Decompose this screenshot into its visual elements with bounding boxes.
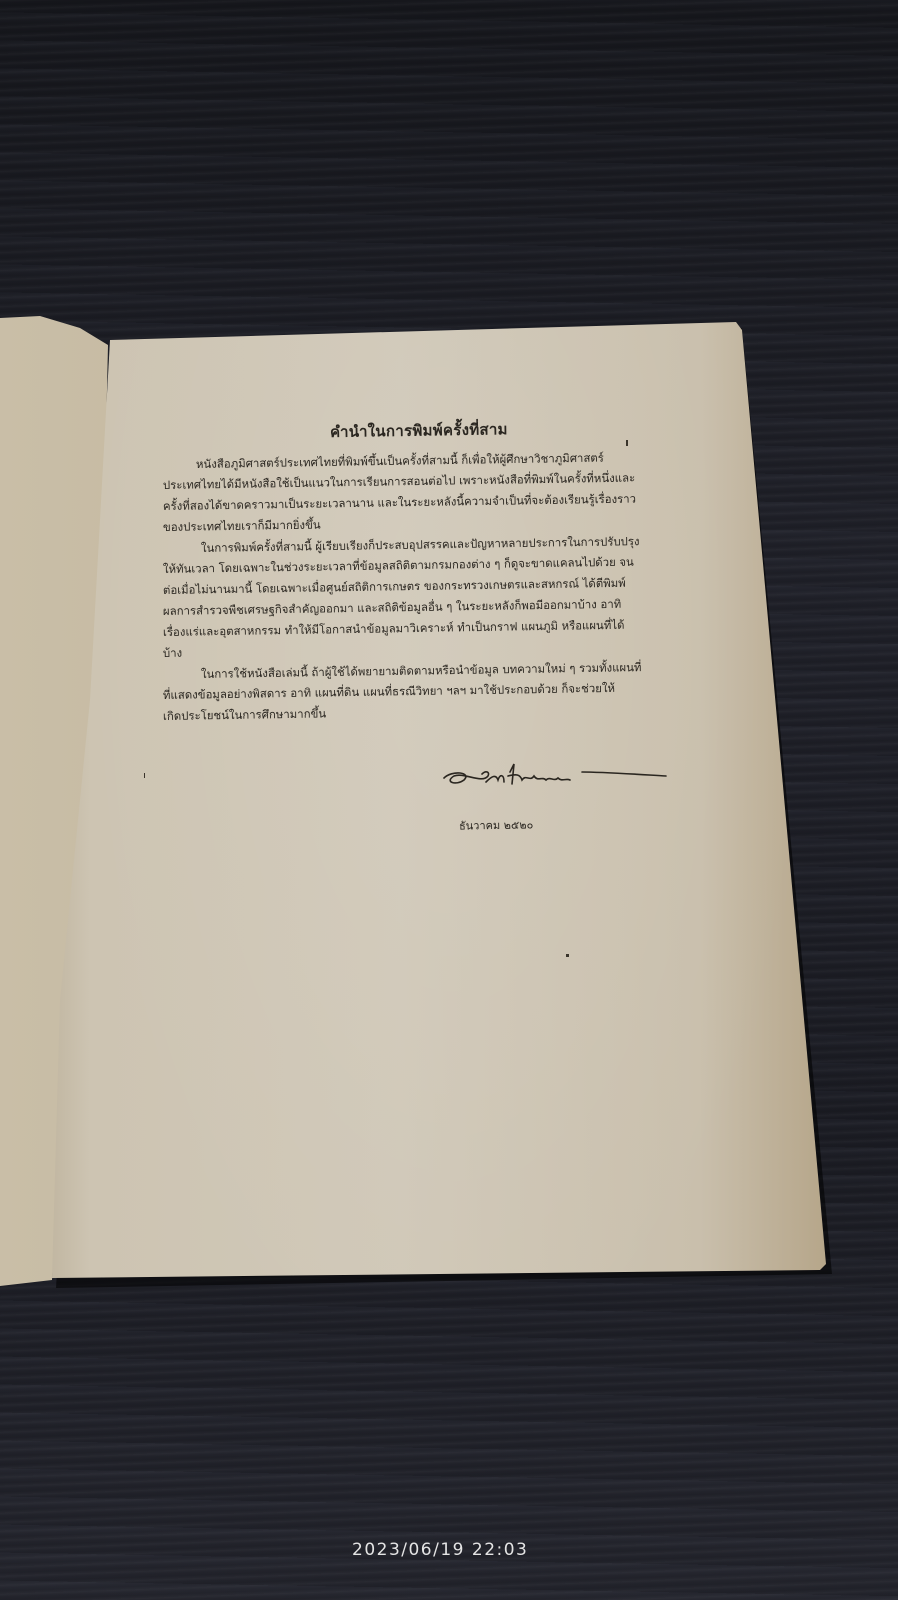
ink-speck	[626, 440, 628, 446]
ink-speck	[566, 954, 569, 957]
paragraph-line: บ้าง	[163, 645, 182, 663]
paragraph-line: ที่แสดงข้อมูลอย่างพิสดาร อาทิ แผนที่ดิน …	[163, 680, 615, 705]
paragraph-line: เกิดประโยชน์ในการศึกษามากขึ้น	[163, 705, 326, 726]
paragraph-line: ของประเทศไทยเราก็มีมากยิ่งขึ้น	[163, 517, 321, 537]
date-line: ธันวาคม ๒๕๒๐	[459, 815, 534, 834]
photo-timestamp: 2023/06/19 22:03	[352, 1540, 528, 1560]
handwritten-signature	[442, 762, 667, 792]
paragraph-line: ครั้งที่สองได้ขาดคราวมาเป็นระยะเวลานาน แ…	[163, 491, 636, 516]
paragraph-line: เรื่องแร่และอุตสาหกรรม ทำให้มีโอกาสนำข้อ…	[163, 617, 625, 642]
ink-speck	[144, 773, 145, 778]
page-title: คำนำในการพิมพ์ครั้งที่สาม	[330, 417, 508, 444]
page-text: คำนำในการพิมพ์ครั้งที่สาม หนังสือภูมิศาส…	[0, 0, 898, 1600]
